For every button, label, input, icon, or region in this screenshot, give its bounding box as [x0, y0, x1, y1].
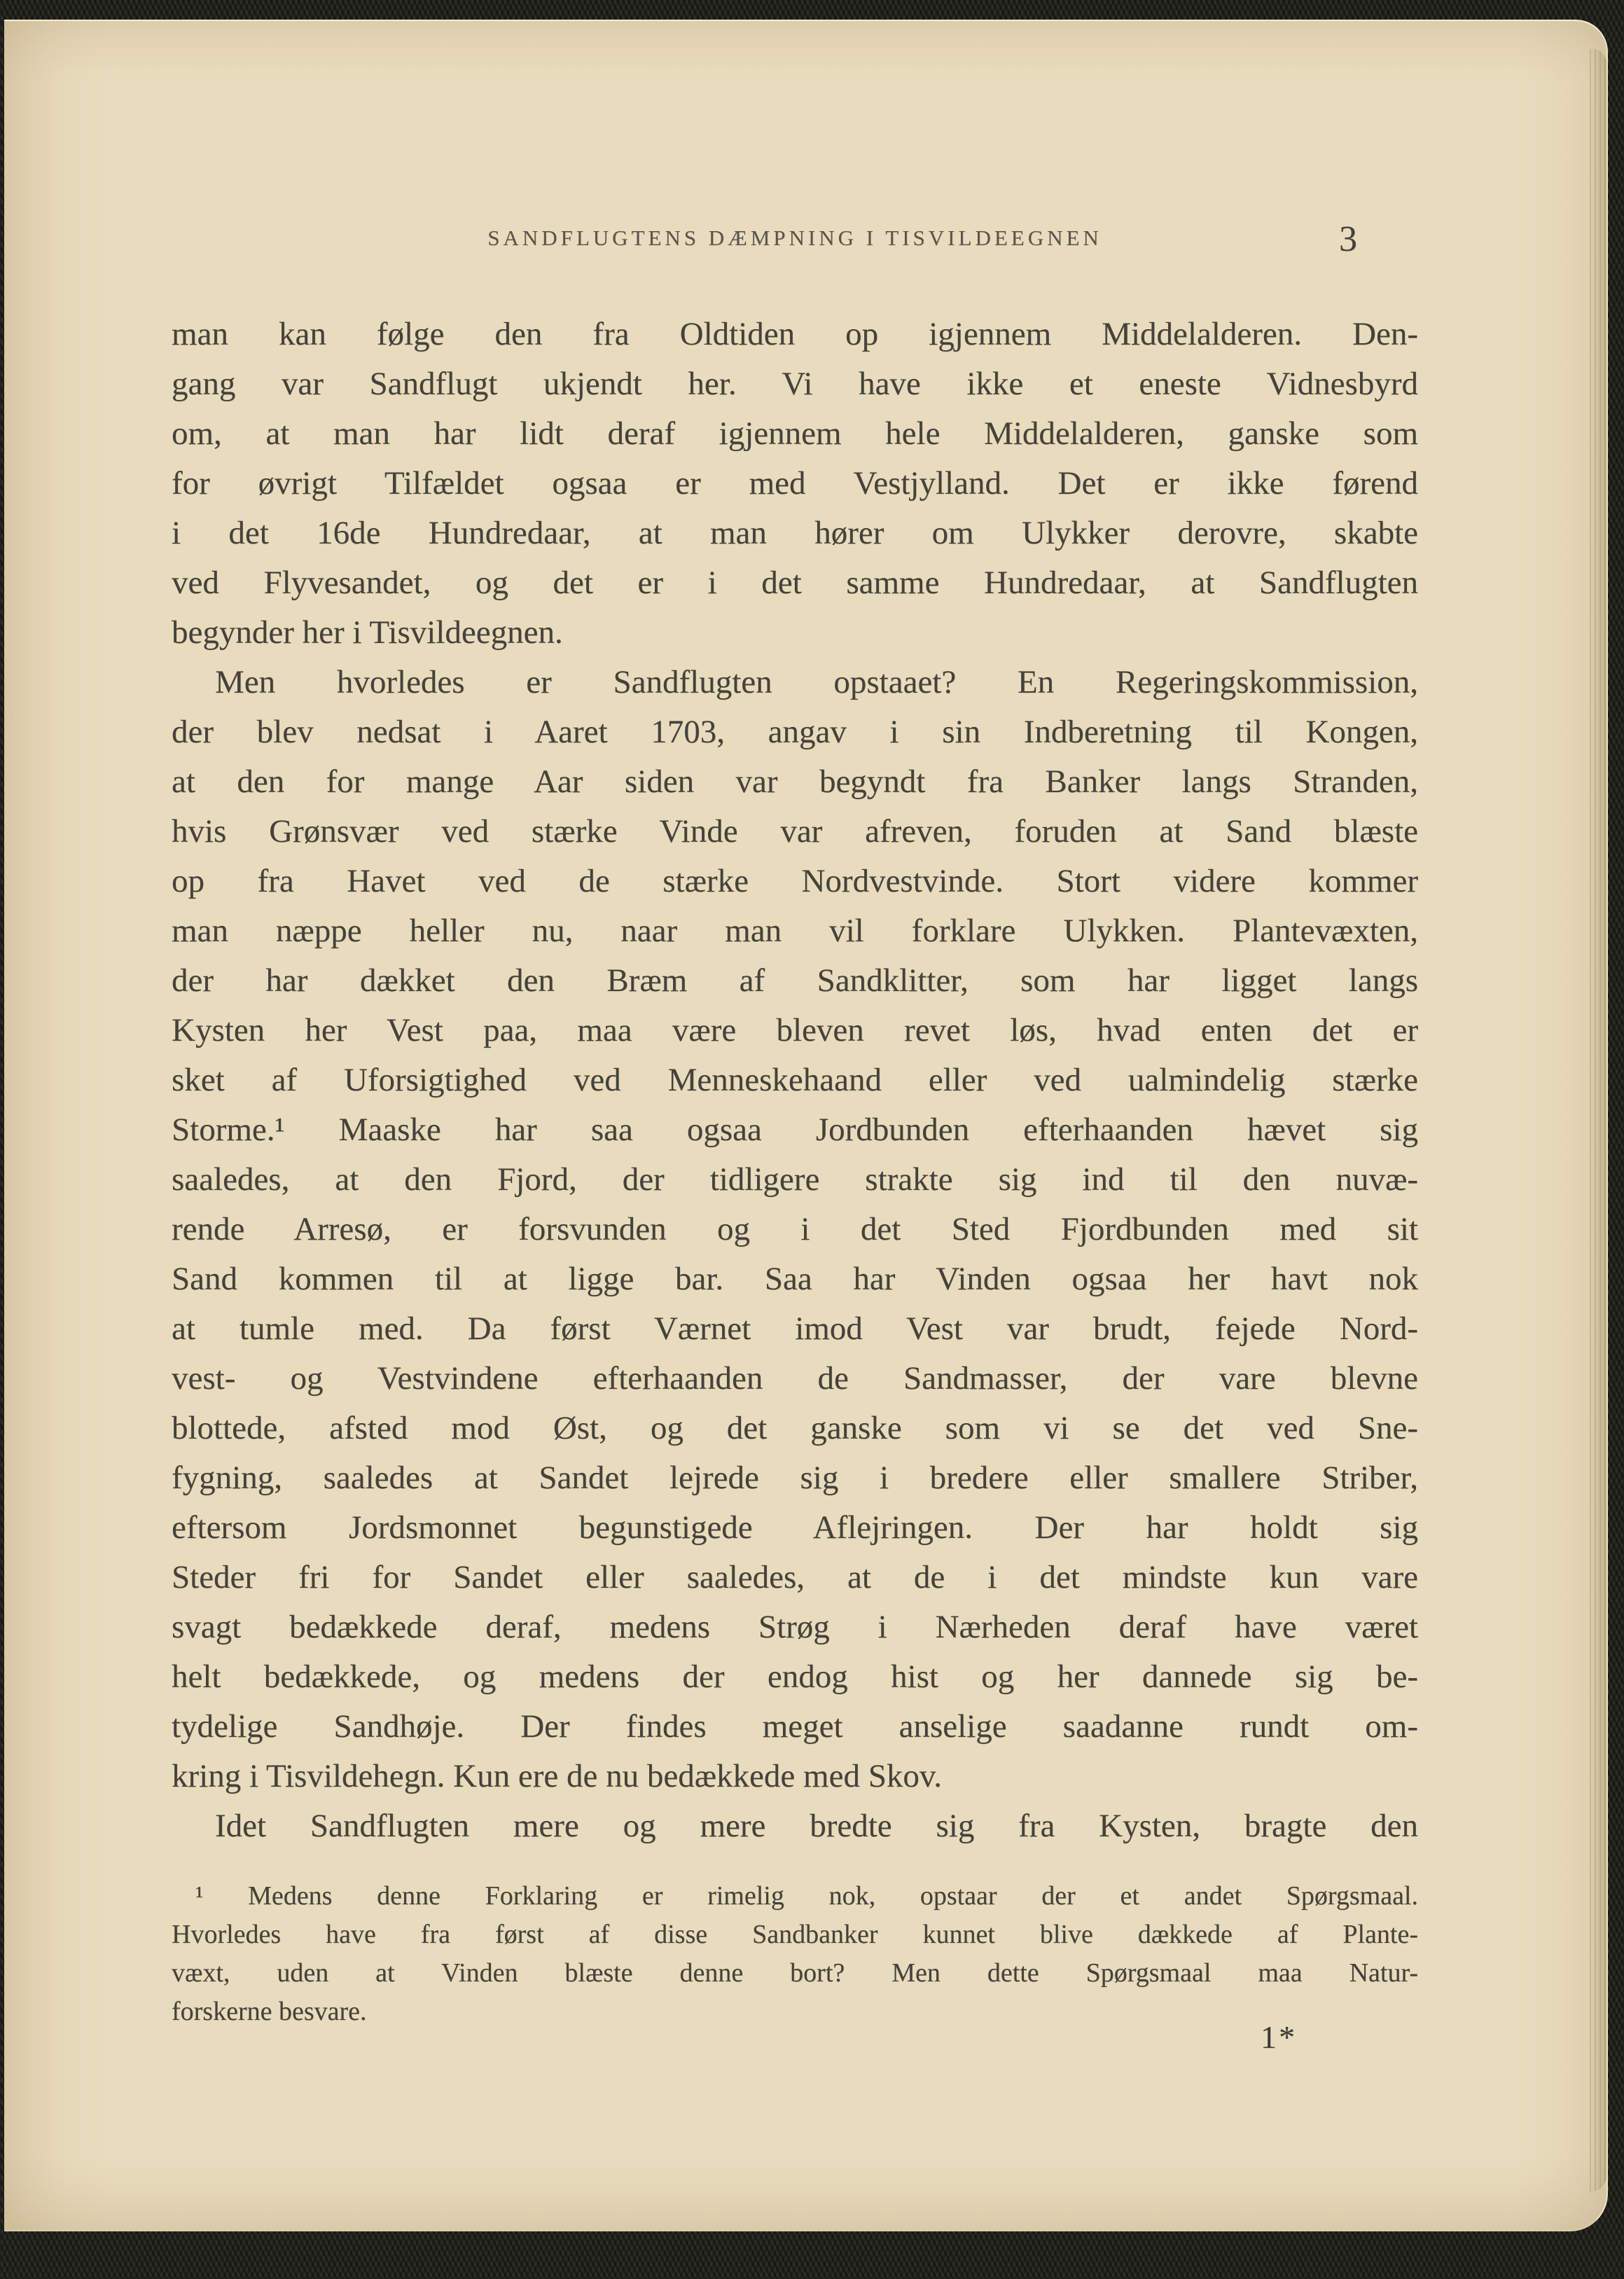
- text-line: hvis Grønsvær ved stærke Vinde var afrev…: [172, 807, 1418, 857]
- footnote-line: forskerne besvare.: [172, 1993, 1418, 2031]
- text-line: at tumle med. Da først Værnet imod Vest …: [172, 1304, 1418, 1354]
- text-line: Steder fri for Sandet eller saaledes, at…: [172, 1553, 1418, 1602]
- text-line: gang var Sandflugt ukjendt her. Vi have …: [172, 359, 1418, 409]
- text-line: at den for mange Aar siden var begyndt f…: [172, 757, 1418, 807]
- text-line: op fra Havet ved de stærke Nordvestvinde…: [172, 857, 1418, 906]
- text-line: der har dækket den Bræm af Sandklitter, …: [172, 956, 1418, 1006]
- text-line: rende Arresø, er forsvunden og i det Ste…: [172, 1205, 1418, 1254]
- text-line: fygning, saaledes at Sandet lejrede sig …: [172, 1453, 1418, 1503]
- body-text: man kan følge den fra Oldtiden op igjenn…: [172, 310, 1418, 1851]
- text-line: man næppe heller nu, naar man vil forkla…: [172, 906, 1418, 956]
- book-page: SANDFLUGTENS DÆMPNING I TISVILDEEGNEN 3 …: [4, 20, 1608, 2231]
- text-line: kring i Tisvildehegn. Kun ere de nu bedæ…: [172, 1752, 1418, 1801]
- text-line: Kysten her Vest paa, maa være bleven rev…: [172, 1006, 1418, 1055]
- text-line: eftersom Jordsmonnet begunstigede Aflejr…: [172, 1503, 1418, 1553]
- page-number: 3: [1339, 219, 1402, 260]
- text-line: saaledes, at den Fjord, der tidligere st…: [172, 1155, 1418, 1205]
- text-line: helt bedækkede, og medens der endog hist…: [172, 1652, 1418, 1702]
- text-line: for øvrigt Tilfældet ogsaa er med Vestjy…: [172, 459, 1418, 508]
- text-line: Sand kommen til at ligge bar. Saa har Vi…: [172, 1254, 1418, 1304]
- text-line: sket af Uforsigtighed ved Menneskehaand …: [172, 1055, 1418, 1105]
- text-line: Idet Sandflugten mere og mere bredte sig…: [172, 1801, 1418, 1851]
- text-line: begynder her i Tisvildeegnen.: [172, 608, 1418, 658]
- text-line: ved Flyvesandet, og det er i det samme H…: [172, 558, 1418, 608]
- running-title: SANDFLUGTENS DÆMPNING I TISVILDEEGNEN: [172, 226, 1418, 251]
- text-line: tydelige Sandhøje. Der findes meget anse…: [172, 1702, 1418, 1752]
- text-line: Men hvorledes er Sandflugten opstaaet? E…: [172, 658, 1418, 707]
- text-line: svagt bedækkede deraf, medens Strøg i Næ…: [172, 1602, 1418, 1652]
- text-line: der blev nedsat i Aaret 1703, angav i si…: [172, 707, 1418, 757]
- footnote-line: ¹ Medens denne Forklaring er rimelig nok…: [172, 1877, 1418, 1916]
- footnote: ¹ Medens denne Forklaring er rimelig nok…: [172, 1877, 1418, 2031]
- text-line: vest- og Vestvindene efterhaanden de San…: [172, 1354, 1418, 1404]
- text-line: Storme.¹ Maaske har saa ogsaa Jordbunden…: [172, 1105, 1418, 1155]
- page-fore-edge: [1590, 49, 1606, 2192]
- footnote-line: Hvorledes have fra først af disse Sandba…: [172, 1916, 1418, 1954]
- text-line: man kan følge den fra Oldtiden op igjenn…: [172, 310, 1418, 359]
- text-line: i det 16de Hundredaar, at man hører om U…: [172, 508, 1418, 558]
- signature-mark: 1*: [1261, 2018, 1297, 2056]
- text-line: om, at man har lidt deraf igjennem hele …: [172, 409, 1418, 459]
- text-line: blottede, afsted mod Øst, og det ganske …: [172, 1404, 1418, 1453]
- footnote-line: væxt, uden at Vinden blæste denne bort? …: [172, 1954, 1418, 1993]
